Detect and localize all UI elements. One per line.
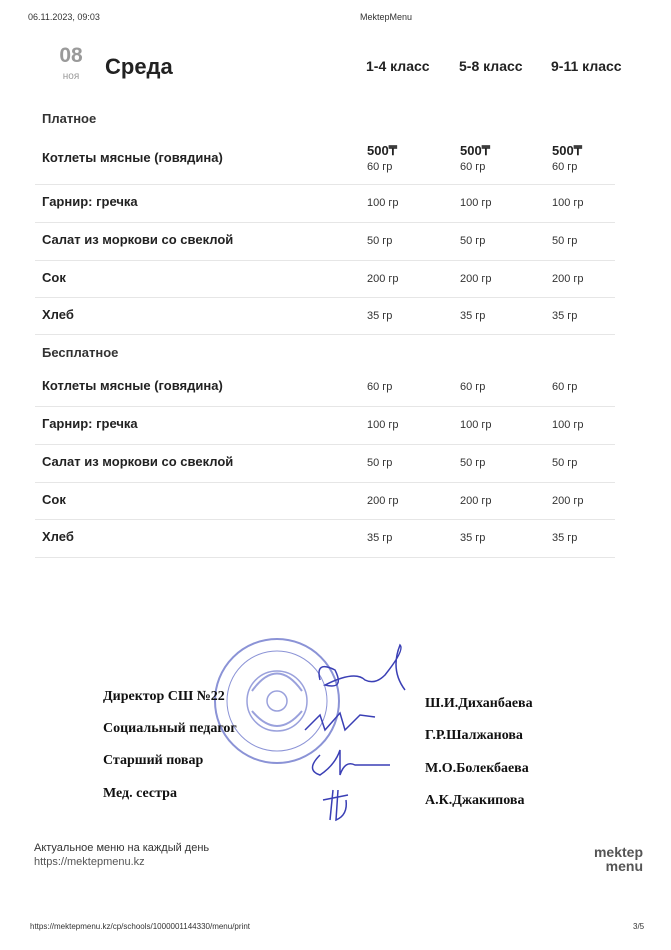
portion-weight: 50 гр [552,457,577,469]
dish-name: Салат из моркови со свеклой [42,454,233,469]
portion-weight: 35 гр [367,310,392,322]
signature-cook-icon [305,745,395,780]
date-month: ноя [54,71,88,82]
portion-weight: 50 гр [552,235,577,247]
dish-name: Сок [42,492,66,507]
footer-site-link[interactable]: https://mektepmenu.kz [34,856,145,868]
portion-weight: 60 гр [367,381,392,393]
portion-weight: 100 гр [367,419,399,431]
portion-weight: 35 гр [367,532,392,544]
column-header-9-11: 9-11 класс [551,58,622,74]
dish-name: Хлеб [42,529,74,544]
menu-row: Сок200 гр200 гр200 гр [35,482,615,520]
portion-weight: 200 гр [460,273,492,285]
dish-name: Сок [42,270,66,285]
role-head-cook: Старший повар [103,753,203,769]
menu-row: Котлеты мясные (говядина)500₸60 гр500₸60… [35,138,615,185]
menu-row: Хлеб35 гр35 гр35 гр [35,297,615,335]
portion-weight: 100 гр [552,419,584,431]
portion-weight: 200 гр [552,273,584,285]
menu-row: Сок200 гр200 гр200 гр [35,260,615,298]
portion-weight: 50 гр [367,457,392,469]
dish-name: Котлеты мясные (говядина) [42,378,223,393]
column-header-1-4: 1-4 класс [366,58,430,74]
menu-row: Хлеб35 гр35 гр35 гр [35,519,615,558]
dish-name: Салат из моркови со свеклой [42,232,233,247]
name-social-pedagogue: Г.Р.Шалжанова [425,728,523,744]
section-title: Бесплатное [42,345,118,360]
print-url: https://mektepmenu.kz/cp/schools/1000001… [30,922,250,931]
portion-weight: 35 гр [460,310,485,322]
portion-weight: 100 гр [367,197,399,209]
portion-weight: 60 гр [552,381,577,393]
dish-name: Гарнир: гречка [42,416,138,431]
portion-weight: 50 гр [460,457,485,469]
section-title: Платное [42,111,96,126]
portion-weight: 35 гр [460,532,485,544]
portion-weight: 100 гр [552,197,584,209]
date-day: 08 [54,44,88,68]
print-title: MektepMenu [360,12,412,22]
signature-director-icon [305,640,415,700]
portion-weight: 200 гр [367,495,399,507]
portion-weight: 50 гр [460,235,485,247]
portion-weight: 60 гр [460,381,485,393]
portion-weight: 35 гр [552,310,577,322]
portion-weight: 35 гр [552,532,577,544]
role-nurse: Мед. сестра [103,786,177,802]
print-datetime: 06.11.2023, 09:03 [28,12,100,22]
portion-weight: 60 гр [367,161,392,173]
weekday-title: Среда [105,54,173,80]
portion-weight: 50 гр [367,235,392,247]
menu-row: Салат из моркови со свеклой50 гр50 гр50 … [35,222,615,261]
signature-nurse-icon [318,785,358,825]
portion-weight: 200 гр [367,273,399,285]
portion-weight: 60 гр [552,161,577,173]
logo-bottom: menu [585,859,643,873]
portion-weight: 200 гр [552,495,584,507]
menu-header: 08 ноя Среда 1-4 класс 5-8 класс 9-11 кл… [40,44,640,94]
name-head-cook: М.О.Болекбаева [425,761,529,777]
portion-weight: 100 гр [460,419,492,431]
menu-row: Салат из моркови со свеклой50 гр50 гр50 … [35,444,615,483]
dish-name: Хлеб [42,307,74,322]
signature-social-icon [300,705,380,740]
price: 500₸ [367,143,397,159]
name-nurse: А.К.Джакипова [425,793,524,809]
logo-top: mektep [585,845,643,859]
page-number: 3/5 [633,922,644,931]
role-director: Директор СШ №22 [103,689,225,705]
menu-row: Гарнир: гречка100 гр100 гр100 гр [35,184,615,223]
dish-name: Гарнир: гречка [42,194,138,209]
portion-weight: 100 гр [460,197,492,209]
menu-row: Гарнир: гречка100 гр100 гр100 гр [35,406,615,445]
column-header-5-8: 5-8 класс [459,58,523,74]
portion-weight: 200 гр [460,495,492,507]
name-director: Ш.И.Диханбаева [425,696,533,712]
mektepmenu-logo: mektep menu [585,845,643,873]
portion-weight: 60 гр [460,161,485,173]
role-social-pedagogue: Социальный педагог [103,721,237,737]
dish-name: Котлеты мясные (говядина) [42,150,223,165]
menu-row: Котлеты мясные (говядина)60 гр60 гр60 гр [35,368,615,407]
price: 500₸ [460,143,490,159]
footer-tagline: Актуальное меню на каждый день [34,842,209,854]
price: 500₸ [552,143,582,159]
